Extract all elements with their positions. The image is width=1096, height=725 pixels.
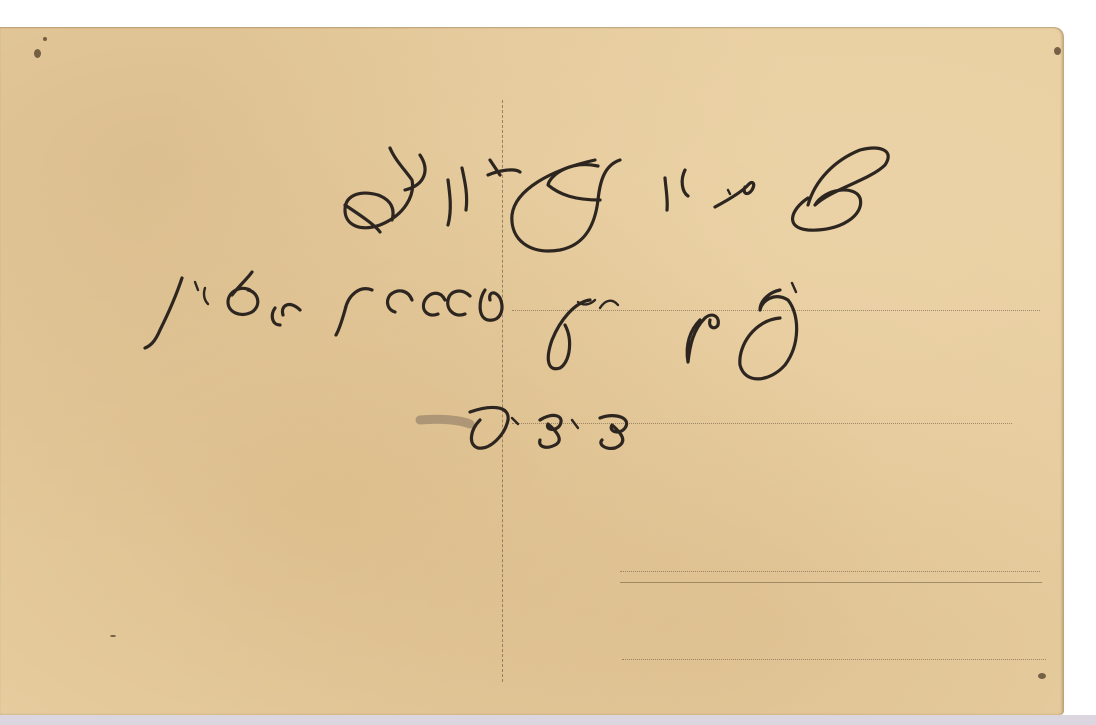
pin-hole (1038, 673, 1046, 679)
address-line-3 (620, 571, 1040, 572)
address-line-4 (622, 659, 1046, 660)
center-divider-line (502, 100, 503, 682)
address-line-1 (512, 310, 1040, 311)
pin-hole (1054, 47, 1061, 55)
ink-speck (110, 635, 116, 637)
address-line-2 (512, 423, 1012, 424)
postcard (0, 27, 1064, 715)
pin-hole (34, 49, 41, 58)
address-line-3-underline (620, 582, 1042, 583)
scanner-bed-edge (0, 715, 1096, 725)
ink-speck (43, 37, 47, 41)
